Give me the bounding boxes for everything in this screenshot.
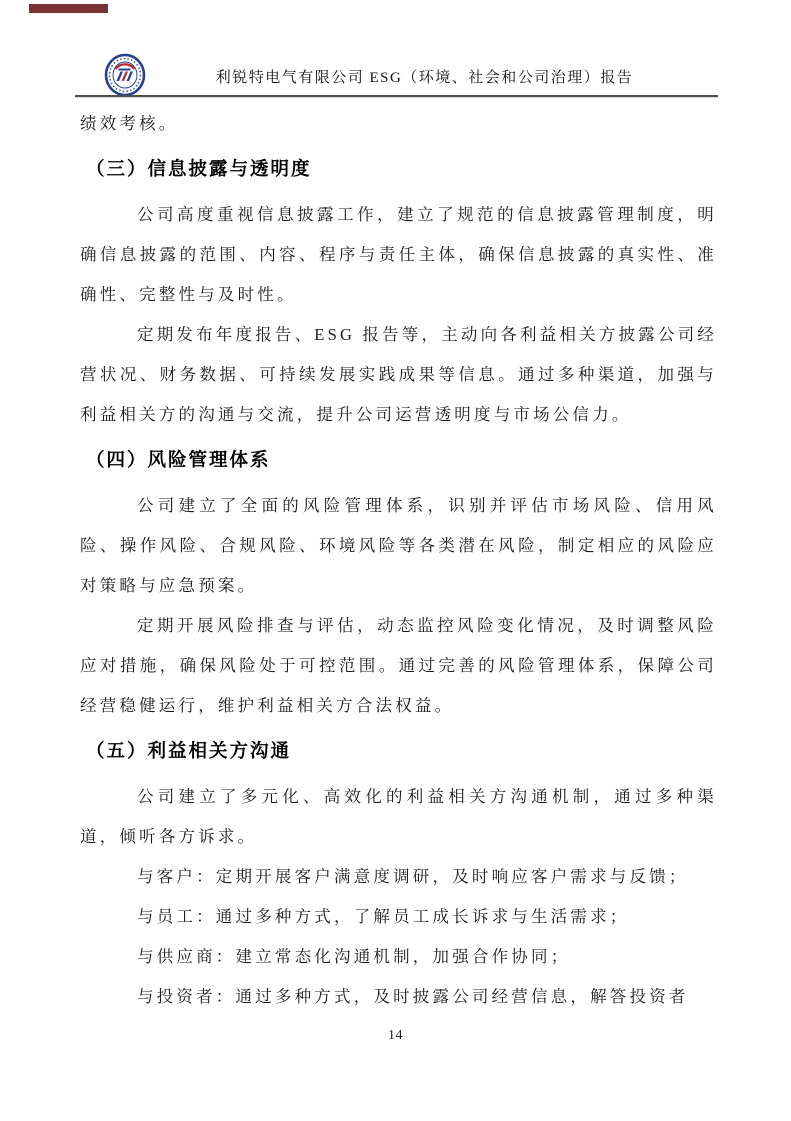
list-item-customers: 与客户：定期开展客户满意度调研，及时响应客户需求与反馈；: [80, 857, 717, 897]
list-item-employees: 与员工：通过多种方式，了解员工成长诉求与生活需求；: [80, 897, 717, 937]
list-item-suppliers: 与供应商：建立常态化沟通机制，加强合作协同；: [80, 937, 717, 977]
section-heading-4: （四）风险管理体系: [80, 441, 717, 481]
document-body: 绩效考核。 （三）信息披露与透明度 公司高度重视信息披露工作，建立了规范的信息披…: [80, 104, 717, 1017]
paragraph-continuation: 绩效考核。: [80, 104, 717, 144]
report-header-title: 利锐特电气有限公司 ESG（环境、社会和公司治理）报告: [0, 66, 791, 87]
list-item-investors: 与投资者：通过多种方式，及时披露公司经营信息，解答投资者: [80, 977, 717, 1017]
paragraph: 公司高度重视信息披露工作，建立了规范的信息披露管理制度，明确信息披露的范围、内容…: [80, 195, 717, 315]
document-page: 利锐特电气有限公司 ESG（环境、社会和公司治理）报告 绩效考核。 （三）信息披…: [0, 0, 791, 1121]
scan-artifact-bar: [29, 4, 108, 13]
section-heading-5: （五）利益相关方沟通: [80, 732, 717, 772]
page-number: 14: [0, 1028, 791, 1044]
header-divider: [75, 95, 718, 97]
paragraph: 公司建立了全面的风险管理体系，识别并评估市场风险、信用风险、操作风险、合规风险、…: [80, 486, 717, 606]
paragraph: 公司建立了多元化、高效化的利益相关方沟通机制，通过多种渠道，倾听各方诉求。: [80, 777, 717, 857]
paragraph: 定期发布年度报告、ESG 报告等，主动向各利益相关方披露公司经营状况、财务数据、…: [80, 315, 717, 435]
section-heading-3: （三）信息披露与透明度: [80, 150, 717, 190]
paragraph: 定期开展风险排查与评估，动态监控风险变化情况，及时调整风险应对措施，确保风险处于…: [80, 606, 717, 726]
